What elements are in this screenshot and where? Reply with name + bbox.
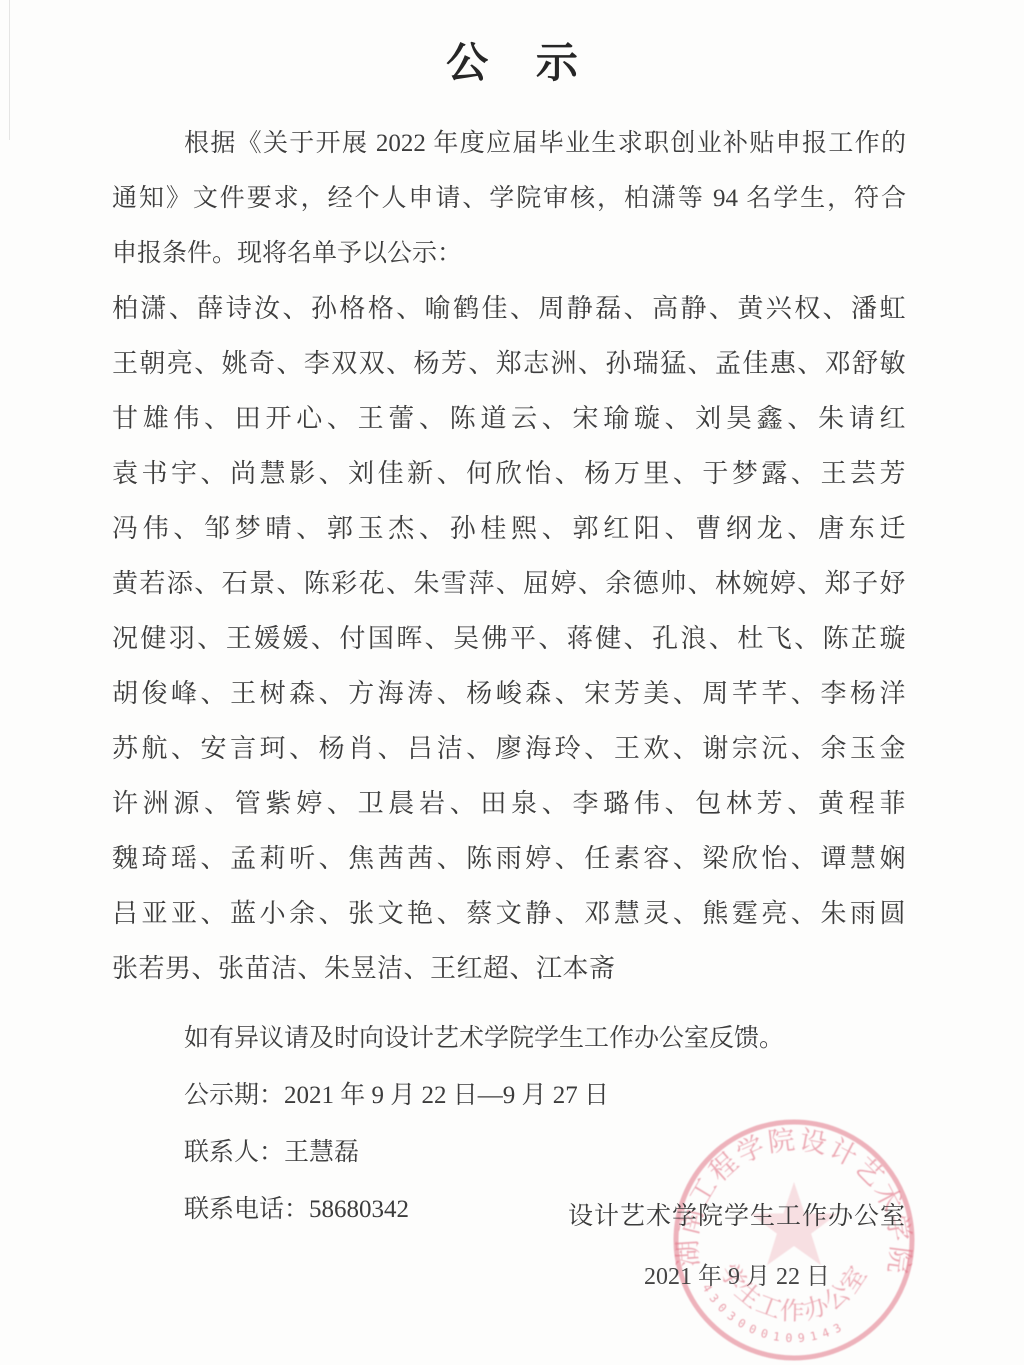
intro-line: 根据《关于开展 2022 年度应届毕业生求职创业补贴申报工作的 — [112, 116, 906, 171]
name-list-line: 苏航、安言珂、杨肖、吕洁、廖海玲、王欢、谢宗沅、余玉金 — [112, 721, 906, 776]
signature-date: 2021 年 9 月 22 日 — [568, 1256, 906, 1291]
signature-office: 设计艺术学院学生工作办公室 — [568, 1196, 906, 1232]
page-title: 公 示 — [0, 0, 1024, 90]
name-list-line: 王朝亮、姚奇、李双双、杨芳、郑志洲、孙瑞猛、孟佳惠、邓舒敏 — [112, 336, 906, 391]
name-list-line: 甘雄伟、田开心、王蕾、陈道云、宋瑜璇、刘昊鑫、朱请红 — [112, 391, 906, 446]
feedback-line: 如有异议请及时向设计艺术学院学生工作办公室反馈。 — [112, 1010, 906, 1067]
name-list-line: 袁书宇、尚慧影、刘佳新、何欣怡、杨万里、于梦露、王芸芳 — [112, 446, 906, 501]
name-list-line: 冯伟、邹梦晴、郭玉杰、孙桂熙、郭红阳、曹纲龙、唐东迁 — [112, 501, 906, 556]
name-list-line: 张若男、张苗洁、朱昱洁、王红超、江本斋 — [112, 941, 906, 996]
intro-line: 通知》文件要求，经个人申请、学院审核，柏潇等 94 名学生，符合 — [112, 171, 906, 226]
intro-line: 申报条件。现将名单予以公示： — [112, 226, 906, 281]
name-list-line: 魏琦瑶、孟莉听、焦茜茜、陈雨婷、任素容、梁欣怡、谭慧娴 — [112, 831, 906, 886]
name-list-line: 胡俊峰、王树森、方海涛、杨峻森、宋芳美、周芊芊、李杨洋 — [112, 666, 906, 721]
scan-edge-artifact — [9, 0, 10, 140]
name-list-line: 许洲源、管紫婷、卫晨岩、田泉、李璐伟、包林芳、黄程菲 — [112, 776, 906, 831]
name-list-line: 况健羽、王媛媛、付国晖、吴佛平、蒋健、孔浪、杜飞、陈芷璇 — [112, 611, 906, 666]
signature-block: 设计艺术学院学生工作办公室 2021 年 9 月 22 日 — [568, 1196, 906, 1291]
document-body: 根据《关于开展 2022 年度应届毕业生求职创业补贴申报工作的 通知》文件要求，… — [112, 116, 906, 1238]
announcement-page: 公 示 根据《关于开展 2022 年度应届毕业生求职创业补贴申报工作的 通知》文… — [0, 0, 1024, 1365]
name-list-line: 吕亚亚、蓝小余、张文艳、蔡文静、邓慧灵、熊霆亮、朱雨圆 — [112, 886, 906, 941]
name-list-line: 黄若添、石景、陈彩花、朱雪萍、屈婷、余德帅、林婉婷、郑子妤 — [112, 556, 906, 611]
name-list-line: 柏潇、薛诗汝、孙格格、喻鹤佳、周静磊、高静、黄兴权、潘虹 — [112, 281, 906, 336]
